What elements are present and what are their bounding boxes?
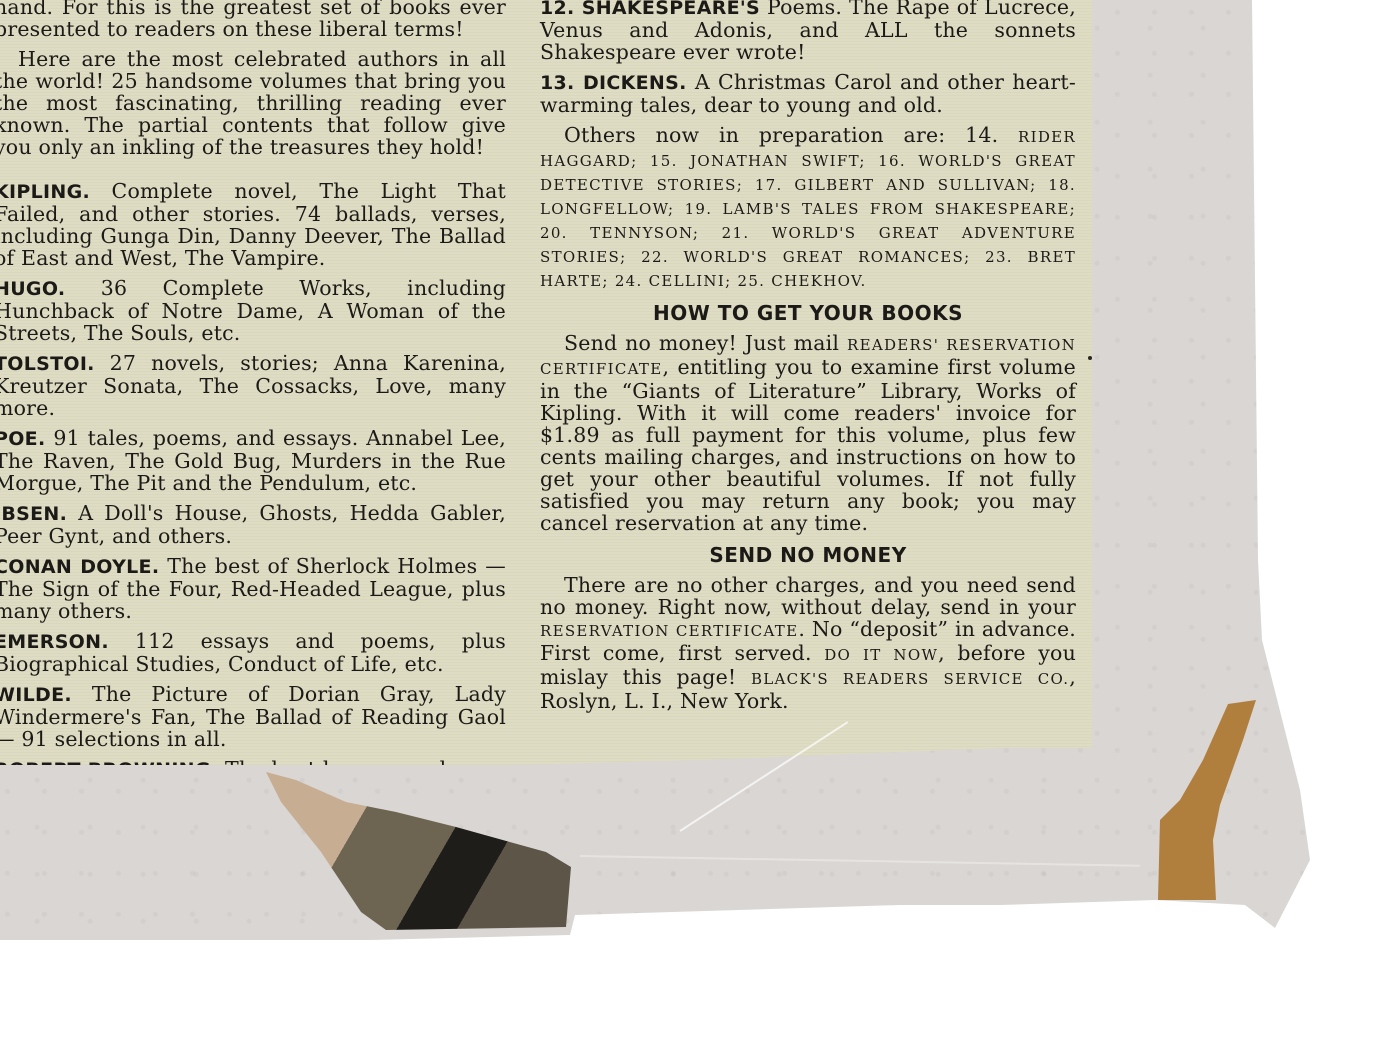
entry-wilde: WILDE. The Picture of Dorian Gray, Lady … [0,683,506,750]
entry-kipling: KIPLING. Complete novel, The Light That … [0,180,506,269]
entry-text: 91 tales, poems, and essays. Annabel Lee… [0,426,506,495]
entry-poe: POE. 91 tales, poems, and essays. Annabe… [0,427,506,494]
preparation-paragraph: Others now in preparation are: 14. Rider… [540,124,1076,292]
intro-paragraph-1: hand. For this is the greatest set of bo… [0,0,506,40]
author-name: 13. DICKENS. [540,72,687,94]
upcoming-volumes-list: Rider Haggard; 15. Jonathan Swift; 16. W… [540,128,1076,290]
entry-text: The Picture of Dorian Gray, Lady Winderm… [0,682,506,751]
entry-shakespeare: 12. SHAKESPEARE'S Poems. The Rape of Luc… [540,0,1076,63]
entry-emerson: EMERSON. 112 essays and poems, plus Biog… [0,630,506,675]
speck [1088,356,1092,360]
printed-text-panel: hand. For this is the greatest set of bo… [0,0,1092,765]
entry-text: 36 Complete Works, including Hunchback o… [0,276,506,345]
author-name: POE. [0,428,45,450]
entry-ibsen: IBSEN. A Doll's House, Ghosts, Hedda Gab… [0,502,506,547]
how-to-paragraph: Send no money! Just mail Readers' Reserv… [540,332,1076,534]
author-name: HUGO. [0,278,65,300]
right-column: 12. SHAKESPEARE'S Poems. The Rape of Luc… [540,0,1076,720]
left-column: hand. For this is the greatest set of bo… [0,0,506,789]
author-name: CONAN DOYLE. [0,556,159,578]
entry-tolstoi: TOLSTOI. 27 novels, stories; Anna Kareni… [0,352,506,419]
entry-text: A Doll's House, Ghosts, Hedda Gabler, Pe… [0,501,506,548]
send-no-money-paragraph: There are no other charges, and you need… [540,574,1076,712]
author-name: WILDE. [0,684,72,706]
entry-dickens: 13. DICKENS. A Christmas Carol and other… [540,71,1076,116]
author-name: KIPLING. [0,181,90,203]
entry-hugo: HUGO. 36 Complete Works, including Hunch… [0,277,506,344]
author-name: EMERSON. [0,631,109,653]
intro-paragraph-2: Here are the most celebrated authors in … [0,48,506,158]
entry-conan-doyle: CONAN DOYLE. The best of Sherlock Holmes… [0,555,506,622]
how-to-heading: HOW TO GET YOUR BOOKS [540,302,1076,324]
author-name: TOLSTOI. [0,353,95,375]
author-name: 12. SHAKESPEARE'S [540,0,760,19]
send-no-money-heading: SEND NO MONEY [540,544,1076,566]
author-name: IBSEN. [0,503,67,525]
